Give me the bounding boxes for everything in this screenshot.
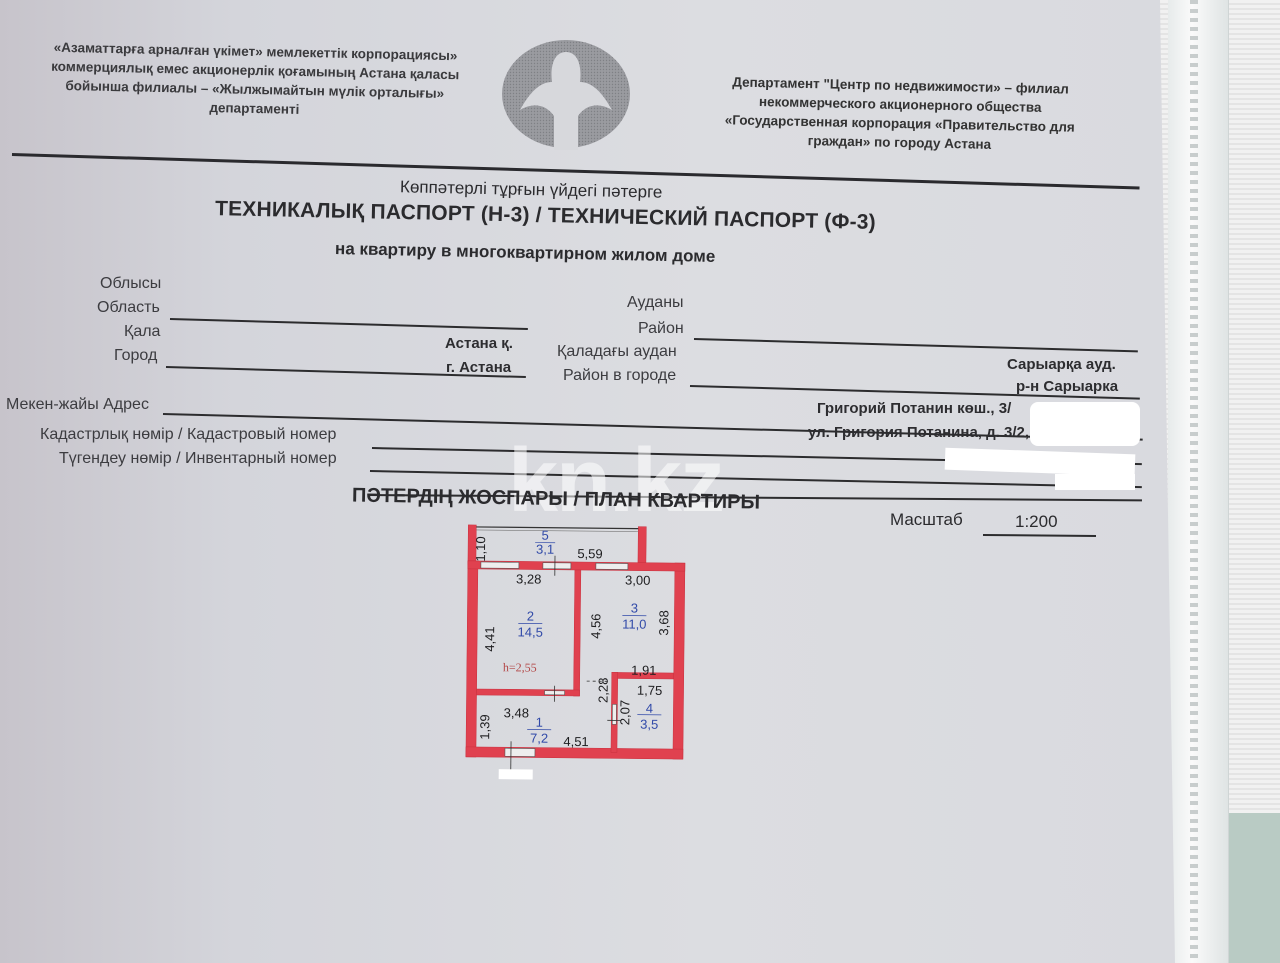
svg-text:1: 1 <box>536 715 543 730</box>
svg-text:7,2: 7,2 <box>530 731 548 746</box>
svg-text:5: 5 <box>542 528 549 543</box>
svg-text:4,41: 4,41 <box>482 626 497 651</box>
svg-text:3,48: 3,48 <box>504 705 529 720</box>
svg-text:2,07: 2,07 <box>617 700 632 725</box>
oblast-label-kz: Облысы <box>100 275 161 293</box>
redacted-inventory <box>1055 474 1135 490</box>
svg-text:1,75: 1,75 <box>637 683 662 698</box>
inventory-field[interactable] <box>370 470 1142 488</box>
svg-text:1,10: 1,10 <box>473 536 488 561</box>
district-label-ru: Район <box>638 320 684 338</box>
svg-text:11,0: 11,0 <box>622 616 646 631</box>
svg-text:3,00: 3,00 <box>625 573 650 588</box>
header-org-ru: Департамент "Центр по недвижимости» – фи… <box>699 72 1101 156</box>
scale-field <box>983 534 1096 536</box>
header-org-kz: «Азаматтарға арналған үкімет» мемлекетті… <box>29 37 480 122</box>
svg-text:3,68: 3,68 <box>656 610 671 635</box>
technical-passport-page: «Азаматтарға арналған үкімет» мемлекетті… <box>0 0 1175 963</box>
svg-text:3: 3 <box>631 601 638 616</box>
city-district-value-kz: Сарыарқа ауд. <box>1007 356 1116 373</box>
cadastral-label: Кадастрлық нөмір / Кадастровый номер <box>40 426 336 444</box>
svg-text:2: 2 <box>527 608 534 623</box>
scale-value: 1:200 <box>1015 512 1058 532</box>
redacted-address <box>1030 402 1140 446</box>
oblast-label-ru: Область <box>97 299 160 317</box>
city-label-ru: Город <box>114 347 157 365</box>
title-subtitle-kz: Көппәтерлі тұрғын үйдегі пәтерге <box>400 177 663 202</box>
city-district-value-ru: р-н Сарыарка <box>1016 378 1118 395</box>
svg-text:2,28: 2,28 <box>595 678 610 703</box>
svg-text:3,28: 3,28 <box>516 571 541 586</box>
svg-text:3,5: 3,5 <box>640 717 658 732</box>
district-label-kz: Ауданы <box>627 294 684 312</box>
svg-text:4: 4 <box>646 701 653 716</box>
title-subtitle-ru: на квартиру в многоквартирном жилом доме <box>335 239 716 267</box>
svg-text:4,56: 4,56 <box>588 613 603 638</box>
watermark: kn.kz <box>508 430 723 533</box>
svg-text:3,1: 3,1 <box>536 542 554 557</box>
city-district-label-ru: Район в городе <box>563 367 676 385</box>
district-field[interactable] <box>694 338 1138 352</box>
inventory-label: Түгендеу нөмір / Инвентарный номер <box>59 450 337 468</box>
svg-text:1,39: 1,39 <box>477 714 492 739</box>
redacted-cadastral <box>945 448 1136 477</box>
government-corporation-logo-icon <box>500 38 632 150</box>
document-title: ТЕХНИКАЛЫҚ ПАСПОРТ (Н-3) / ТЕХНИЧЕСКИЙ П… <box>215 197 876 235</box>
city-district-label-kz: Қаладағы аудан <box>557 343 677 361</box>
scale-label: Масштаб <box>890 510 963 530</box>
svg-text:5,59: 5,59 <box>577 546 602 561</box>
svg-text:4,51: 4,51 <box>563 734 588 749</box>
binder-spine <box>1168 0 1229 963</box>
address-label: Мекен-жайы Адрес <box>6 396 149 414</box>
apartment-floor-plan: 5 3,1 1,10 5,59 3,28 3,00 2 14,5 4,41 3 … <box>461 521 694 783</box>
svg-text:h=2,55: h=2,55 <box>503 660 537 674</box>
city-value-kz: Астана қ. <box>445 335 513 352</box>
svg-text:14,5: 14,5 <box>517 624 542 639</box>
city-label-kz: Қала <box>124 323 160 341</box>
oblast-field[interactable] <box>170 318 528 329</box>
svg-text:1,91: 1,91 <box>631 663 656 678</box>
address-value-ru: ул. Григория Потанина, д. 3/2, <box>808 424 1029 441</box>
address-value-kz: Григорий Потанин көш., 3/ <box>817 400 1011 417</box>
